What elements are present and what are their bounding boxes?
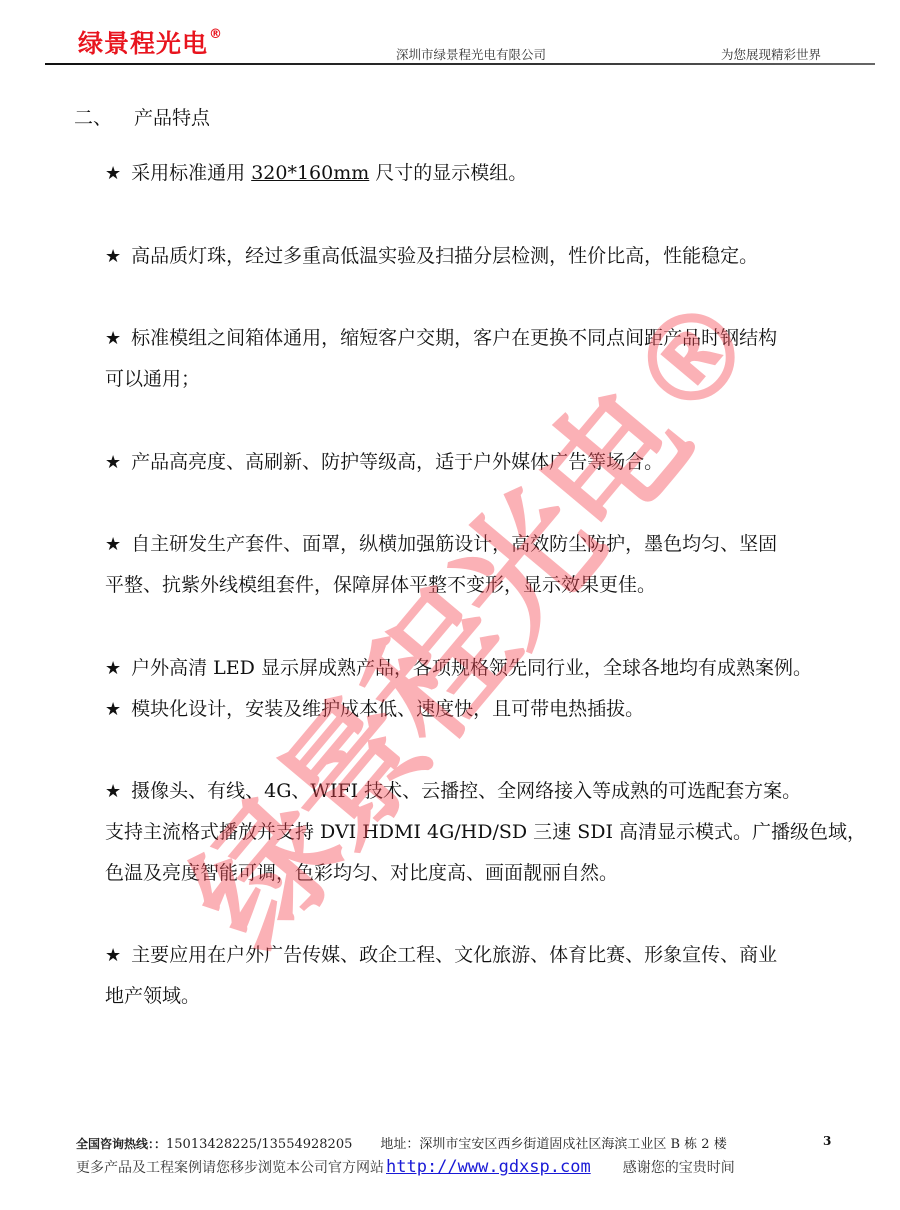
feature-text: 高品质灯珠，经过多重高低温实验及扫描分层检测，性价比高，性能稳定。 — [131, 245, 758, 267]
logo-text: 绿景程光电 — [78, 29, 208, 58]
header-company-name: 深圳市绿景程光电有限公司 — [396, 45, 546, 63]
header-divider — [45, 63, 875, 65]
feature-item-applications-cont: 地产领域。 — [105, 976, 865, 1016]
star-icon: ★ — [105, 328, 121, 349]
feature-item-cabinet-compat-cont: 可以通用； — [105, 359, 865, 399]
feature-item-mature-product: ★户外高清 LED 显示屏成熟产品，各项规格领先同行业，全球各地均有成熟案例。 — [105, 648, 865, 689]
star-icon: ★ — [105, 699, 121, 720]
feature-item-quality-leds: ★高品质灯珠，经过多重高低温实验及扫描分层检测，性价比高，性能稳定。 — [105, 236, 865, 277]
feature-item-connectivity-cont2: 色温及亮度智能可调，色彩均匀、对比度高、画面靓丽自然。 — [105, 853, 865, 893]
page-number: 3 — [823, 1134, 831, 1148]
star-icon: ★ — [105, 163, 121, 184]
feature-text: 模块化设计，安装及维护成本低、速度快，且可带电热插拔。 — [131, 698, 644, 720]
feature-text: 标准模组之间箱体通用，缩短客户交期，客户在更换不同点间距产品时钢结构 — [131, 327, 777, 349]
header-slogan: 为您展现精彩世界 — [721, 45, 821, 63]
feature-item-cabinet-compat: ★标准模组之间箱体通用，缩短客户交期，客户在更换不同点间距产品时钢结构 — [105, 318, 865, 359]
registered-mark-icon: ® — [209, 27, 223, 42]
star-icon: ★ — [105, 452, 121, 473]
feature-text: 自主研发生产套件、面罩，纵横加强筋设计，高效防尘防护，墨色均匀、坚固 — [131, 533, 777, 555]
section-number: 二、 — [74, 107, 112, 129]
star-icon: ★ — [105, 534, 121, 555]
feature-item-in-house-kits-cont: 平整、抗紫外线模组套件，保障屏体平整不变形，显示效果更佳。 — [105, 565, 865, 605]
feature-item-standard-size: ★采用标准通用 320*160mm 尺寸的显示模组。 — [105, 153, 865, 194]
footer-website: 更多产品及工程案例请您移步浏览本公司官方网站http://www.gdxsp.c… — [76, 1157, 735, 1177]
star-icon: ★ — [105, 781, 121, 802]
feature-item-brightness: ★产品高亮度、高刷新、防护等级高，适于户外媒体广告等场合。 — [105, 442, 865, 483]
feature-item-connectivity-cont: 支持主流格式播放并支持 DVI HDMI 4G/HD/SD 三速 SDI 高清显… — [105, 812, 865, 852]
feature-item-in-house-kits: ★自主研发生产套件、面罩，纵横加强筋设计，高效防尘防护，墨色均匀、坚固 — [105, 524, 865, 565]
feature-text: 尺寸的显示模组。 — [369, 162, 527, 184]
company-address: 地址：深圳市宝安区西乡街道固戍社区海滨工业区 B 栋 2 楼 — [380, 1137, 726, 1152]
star-icon: ★ — [105, 945, 121, 966]
hotline-numbers: 15013428225/13554928205 — [166, 1137, 352, 1152]
more-info-text: 更多产品及工程案例请您移步浏览本公司官方网站 — [76, 1160, 384, 1176]
feature-text: 户外高清 LED 显示屏成熟产品，各项规格领先同行业，全球各地均有成熟案例。 — [131, 657, 812, 679]
feature-item-connectivity: ★摄像头、有线、4G、WIFI 技术、云播控、全网络接入等成熟的可选配套方案。 — [105, 771, 865, 812]
feature-text: 摄像头、有线、4G、WIFI 技术、云播控、全网络接入等成熟的可选配套方案。 — [131, 780, 801, 802]
module-size: 320*160mm — [251, 162, 369, 184]
feature-text: 采用标准通用 — [131, 162, 251, 184]
feature-text: 主要应用在户外广告传媒、政企工程、文化旅游、体育比赛、形象宣传、商业 — [131, 944, 777, 966]
feature-item-applications: ★主要应用在户外广告传媒、政企工程、文化旅游、体育比赛、形象宣传、商业 — [105, 935, 865, 976]
thanks-text: 感谢您的宝贵时间 — [623, 1160, 735, 1176]
footer-contact: 全国咨询热线：：15013428225/13554928205地址：深圳市宝安区… — [76, 1133, 727, 1152]
section-heading: 二、产品特点 — [74, 103, 210, 130]
company-logo: 绿景程光电® — [78, 24, 222, 60]
feature-text: 产品高亮度、高刷新、防护等级高，适于户外媒体广告等场合。 — [131, 451, 663, 473]
section-title: 产品特点 — [134, 107, 210, 129]
star-icon: ★ — [105, 246, 121, 267]
hotline-label: 全国咨询热线：： — [76, 1137, 166, 1151]
star-icon: ★ — [105, 658, 121, 679]
feature-item-modular-design: ★模块化设计，安装及维护成本低、速度快，且可带电热插拔。 — [105, 689, 865, 730]
website-link[interactable]: http://www.gdxsp.com — [386, 1157, 591, 1177]
